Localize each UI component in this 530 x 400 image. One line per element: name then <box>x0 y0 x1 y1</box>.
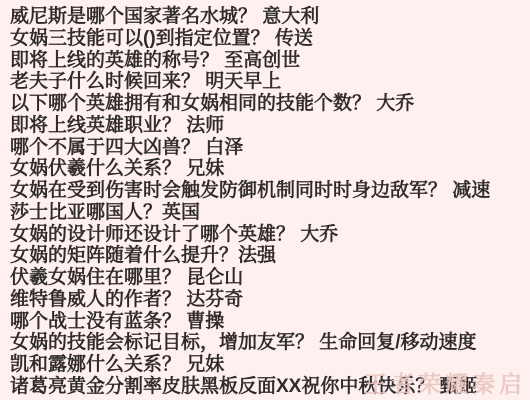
qa-line: 女娲三技能可以()到指定位置？ 传送 <box>10 28 530 50</box>
qa-line: 伏羲女娲住在哪里？ 昆仑山 <box>10 267 530 289</box>
qa-line: 以下哪个英雄拥有和女娲相同的技能个数？ 大乔 <box>10 93 530 115</box>
qa-line: 哪个战士没有蓝条？ 曹操 <box>10 311 530 333</box>
qa-list: 威尼斯是哪个国家著名水城？ 意大利 女娲三技能可以()到指定位置？ 传送 即将上… <box>10 6 530 398</box>
qa-line: 女娲的技能会标记目标，增加友军？ 生命回复/移动速度 <box>10 332 530 354</box>
qa-line: 威尼斯是哪个国家著名水城？ 意大利 <box>10 6 530 28</box>
qa-line: 维特鲁威人的作者？ 达芬奇 <box>10 289 530 311</box>
qa-line: 哪个不属于四大凶兽？ 白泽 <box>10 137 530 159</box>
qa-line: 女娲伏羲什么关系？ 兄妹 <box>10 158 530 180</box>
qa-line: 即将上线英雄职业？ 法师 <box>10 115 530 137</box>
qa-line: 莎士比亚哪国人？英国 <box>10 202 530 224</box>
quiz-answers-page: 威尼斯是哪个国家著名水城？ 意大利 女娲三技能可以()到指定位置？ 传送 即将上… <box>0 0 530 400</box>
qa-line: 即将上线的英雄的称号？ 至高创世 <box>10 50 530 72</box>
qa-line: 女娲在受到伤害时会触发防御机制同时时身边敌军？ 减速 <box>10 180 530 202</box>
qa-line: 女娲的矩阵随着什么提升？法强 <box>10 245 530 267</box>
qa-line: 老夫子什么时候回来？ 明天早上 <box>10 71 530 93</box>
watermark: 王者荣耀秦启 <box>364 366 526 399</box>
qa-line: 女娲的设计师还设计了哪个英雄？ 大乔 <box>10 224 530 246</box>
